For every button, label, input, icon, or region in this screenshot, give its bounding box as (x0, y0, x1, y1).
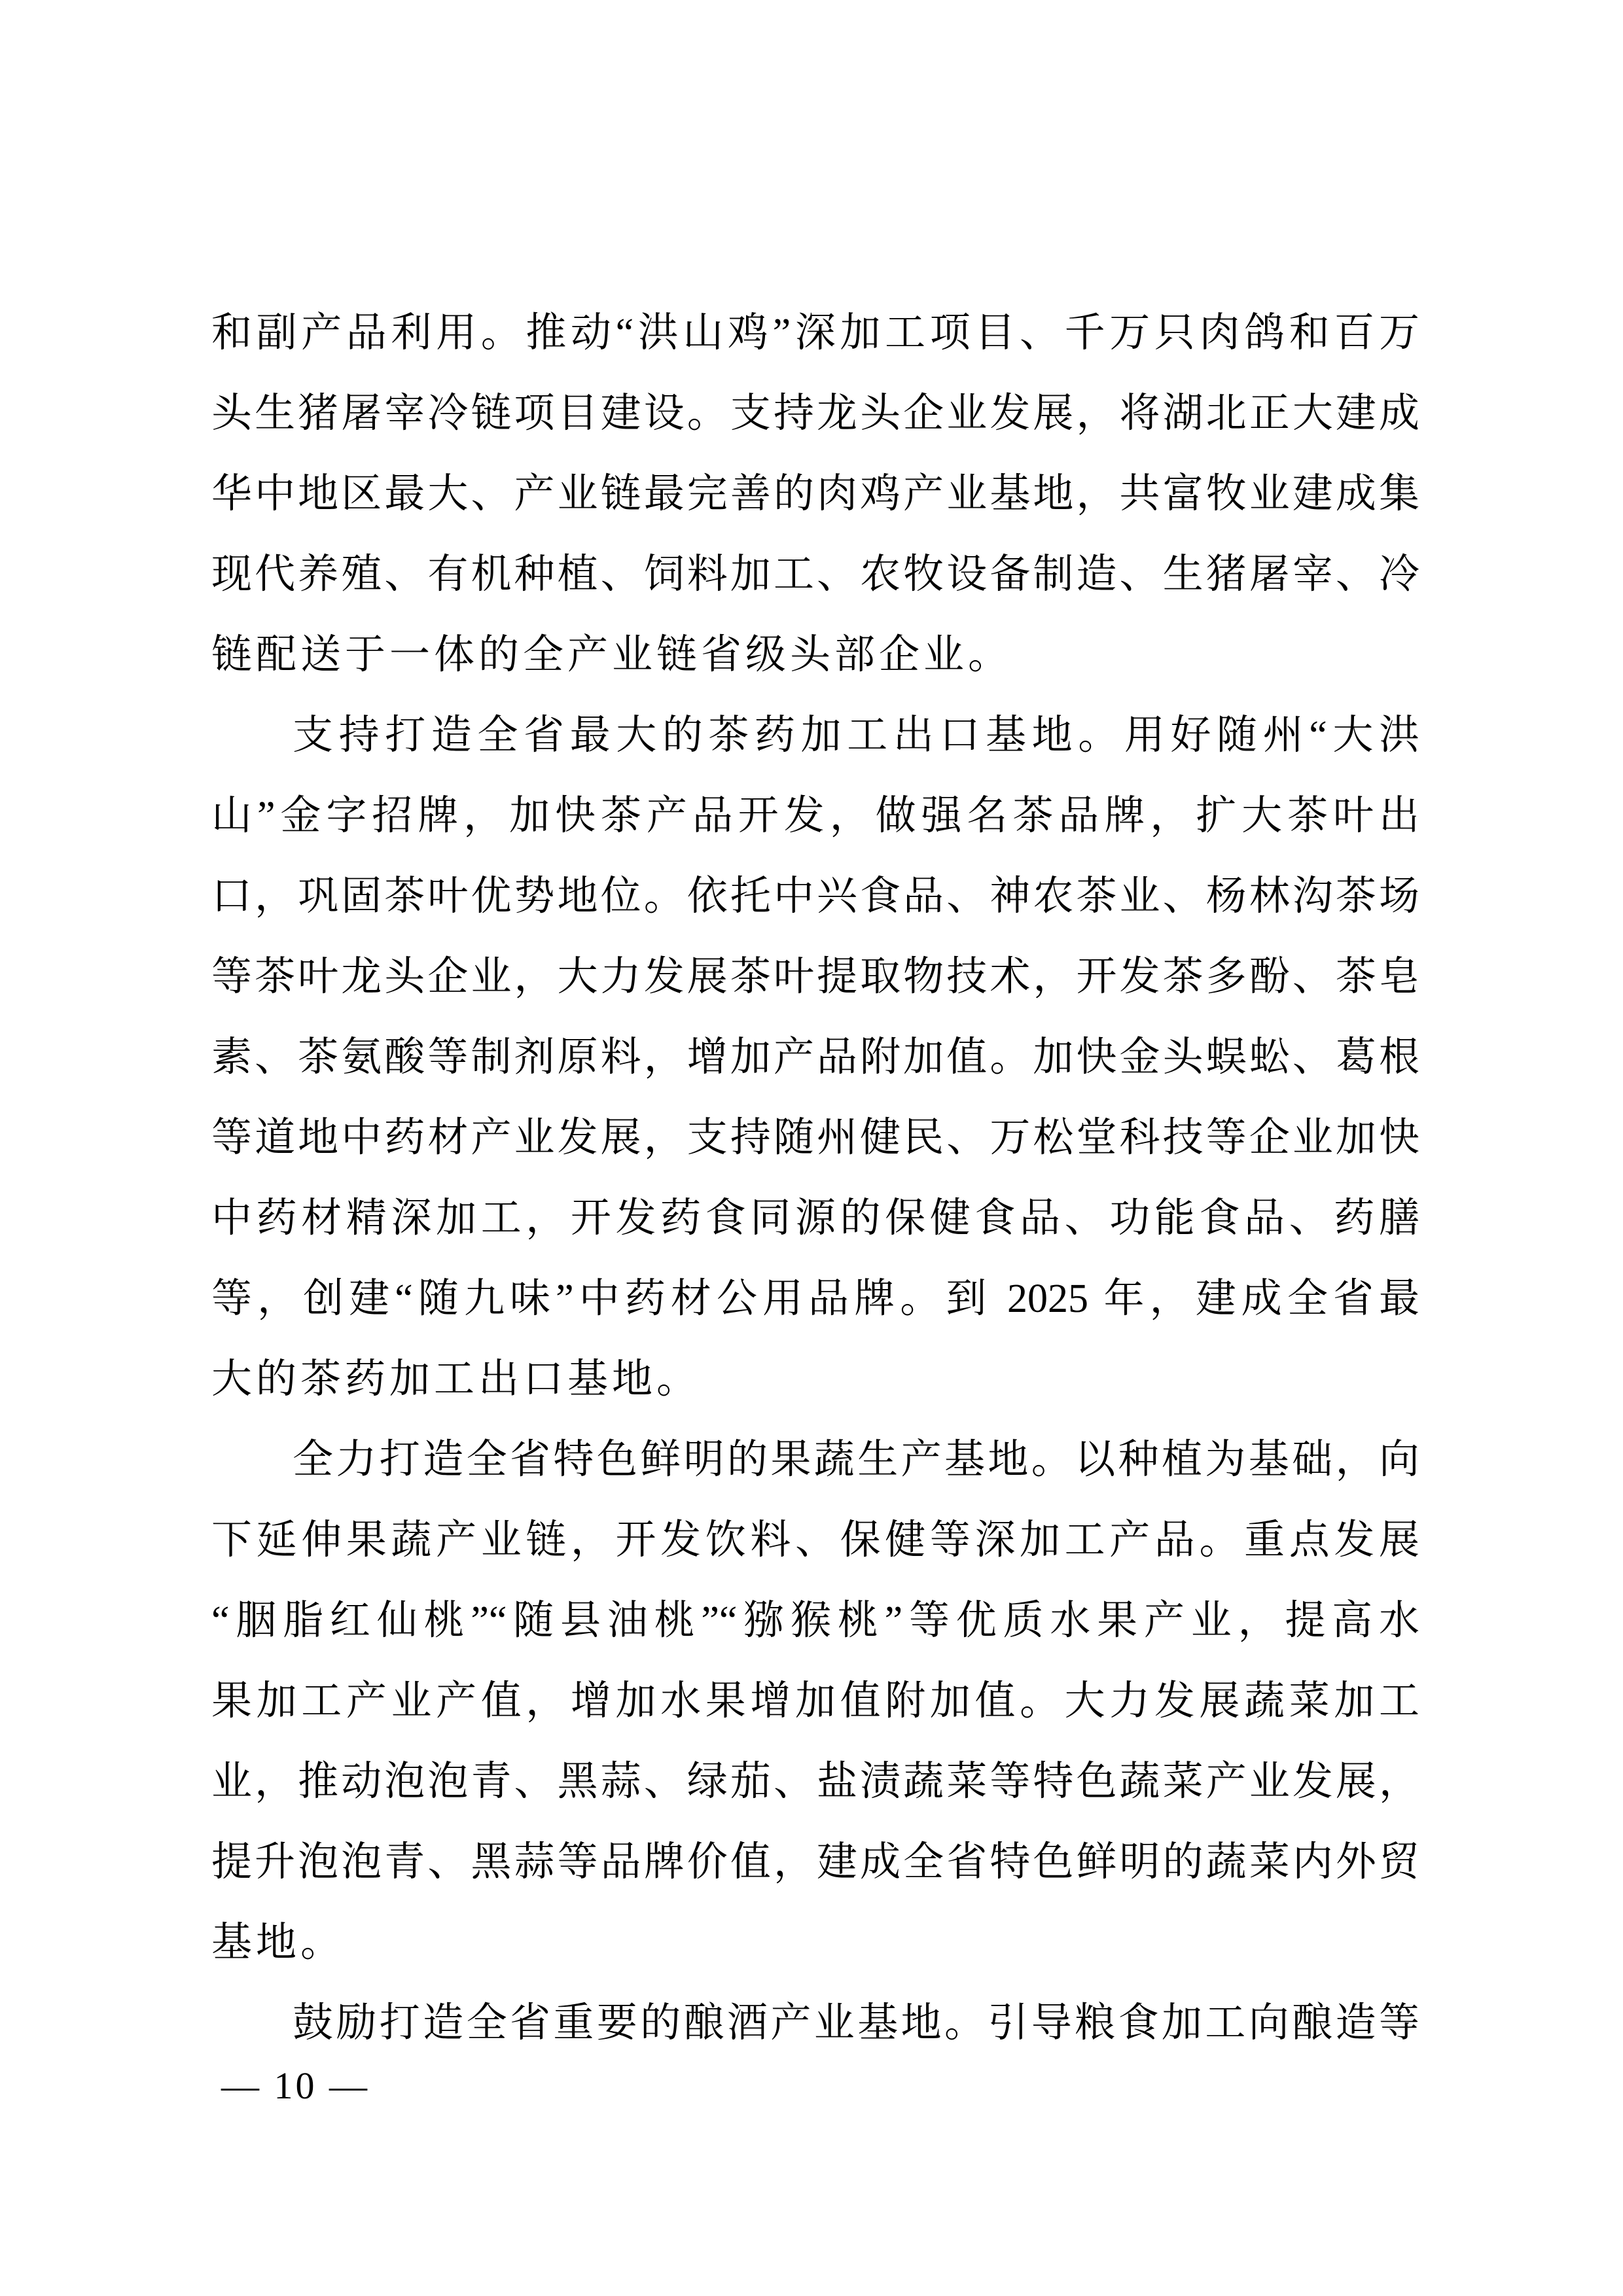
text-line: 鼓励打造全省重要的酿酒产业基地。引导粮食加工向酿造等 (211, 1983, 1419, 2064)
text-line: 华中地区最大、产业链最完善的肉鸡产业基地，共富牧业建成集 (211, 454, 1419, 535)
text-line: 素、茶氨酸等制剂原料，增加产品附加值。加快金头蜈蚣、葛根 (211, 1017, 1419, 1098)
text-line: 头生猪屠宰冷链项目建设。支持龙头企业发展，将湖北正大建成 (211, 374, 1419, 454)
text-line: 山”金字招牌，加快茶产品开发，做强名茶品牌，扩大茶叶出 (211, 776, 1419, 857)
page-number: — 10 — (221, 2060, 370, 2112)
text-line: 果加工产业产值，增加水果增加值附加值。大力发展蔬菜加工 (211, 1661, 1419, 1742)
text-line: 口，巩固茶叶优势地位。依托中兴食品、神农茶业、杨林沟茶场 (211, 857, 1419, 937)
text-line: 业，推动泡泡青、黑蒜、绿茄、盐渍蔬菜等特色蔬菜产业发展， (211, 1742, 1419, 1822)
text-line: “胭脂红仙桃”“随县油桃”“猕猴桃”等优质水果产业，提高水 (211, 1581, 1419, 1661)
text-line: 下延伸果蔬产业链，开发饮料、保健等深加工产品。重点发展 (211, 1500, 1419, 1581)
text-line: 提升泡泡青、黑蒜等品牌价值，建成全省特色鲜明的蔬菜内外贸 (211, 1822, 1419, 1903)
document-page: 和副产品利用。推动“洪山鸡”深加工项目、千万只肉鸽和百万头生猪屠宰冷链项目建设。… (0, 0, 1623, 2296)
text-line: 和副产品利用。推动“洪山鸡”深加工项目、千万只肉鸽和百万 (211, 293, 1419, 374)
text-line: 链配送于一体的全产业链省级头部企业。 (211, 615, 1419, 696)
text-line: 大的茶药加工出口基地。 (211, 1339, 1419, 1420)
text-line: 现代养殖、有机种植、饲料加工、农牧设备制造、生猪屠宰、冷 (211, 535, 1419, 615)
text-line: 全力打造全省特色鲜明的果蔬生产基地。以种植为基础，向 (211, 1420, 1419, 1500)
text-line: 基地。 (211, 1903, 1419, 1983)
text-line: 等，创建“随九味”中药材公用品牌。到 2025 年，建成全省最 (211, 1259, 1419, 1339)
text-line: 支持打造全省最大的茶药加工出口基地。用好随州“大洪 (211, 696, 1419, 776)
text-line: 等茶叶龙头企业，大力发展茶叶提取物技术，开发茶多酚、茶皂 (211, 937, 1419, 1017)
body-text: 和副产品利用。推动“洪山鸡”深加工项目、千万只肉鸽和百万头生猪屠宰冷链项目建设。… (211, 293, 1419, 2064)
text-line: 中药材精深加工，开发药食同源的保健食品、功能食品、药膳 (211, 1178, 1419, 1259)
text-line: 等道地中药材产业发展，支持随州健民、万松堂科技等企业加快 (211, 1098, 1419, 1178)
